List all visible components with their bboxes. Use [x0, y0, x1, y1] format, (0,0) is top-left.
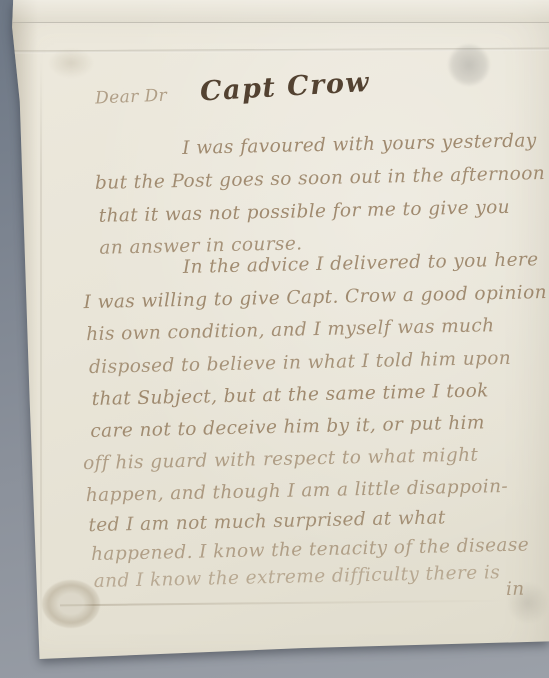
letter-line: I was willing to give Capt. Crow a good …: [83, 281, 549, 313]
letter-photograph: Dear Dr Capt Crow I was favoured with yo…: [0, 0, 549, 678]
letter-line: I was favoured with yours yesterday: [182, 130, 537, 159]
letter-line: care not to deceive him by it, or put hi…: [90, 412, 485, 442]
letter-line: disposed to believe in what I told him u…: [89, 348, 512, 378]
annotation-capt-crow: Capt Crow: [199, 67, 371, 108]
letter-line: and I know the extreme difficulty there …: [93, 562, 500, 592]
letter-line: his own condition, and I myself was much: [86, 315, 495, 345]
manuscript-text-block: Dear Dr Capt Crow I was favoured with yo…: [0, 0, 549, 678]
letter-line: happen, and though I am a little disappo…: [86, 476, 509, 506]
letter-line: that Subject, but at the same time I too…: [92, 380, 489, 410]
letter-page: Dear Dr Capt Crow I was favoured with yo…: [0, 0, 549, 678]
paper-shadow-wrapper: Dear Dr Capt Crow I was favoured with yo…: [0, 0, 549, 678]
letter-line: that it was not possible for me to give …: [99, 197, 511, 227]
letter-line: happened. I know the tenacity of the dis…: [91, 534, 529, 565]
letter-line: ted I am not much surprised at what: [88, 507, 446, 536]
letter-line: but the Post goes so soon out in the aft…: [95, 163, 546, 194]
catchword: in: [506, 579, 525, 600]
salutation: Dear Dr: [95, 86, 168, 109]
letter-line: off his guard with respect to what might: [83, 445, 479, 475]
